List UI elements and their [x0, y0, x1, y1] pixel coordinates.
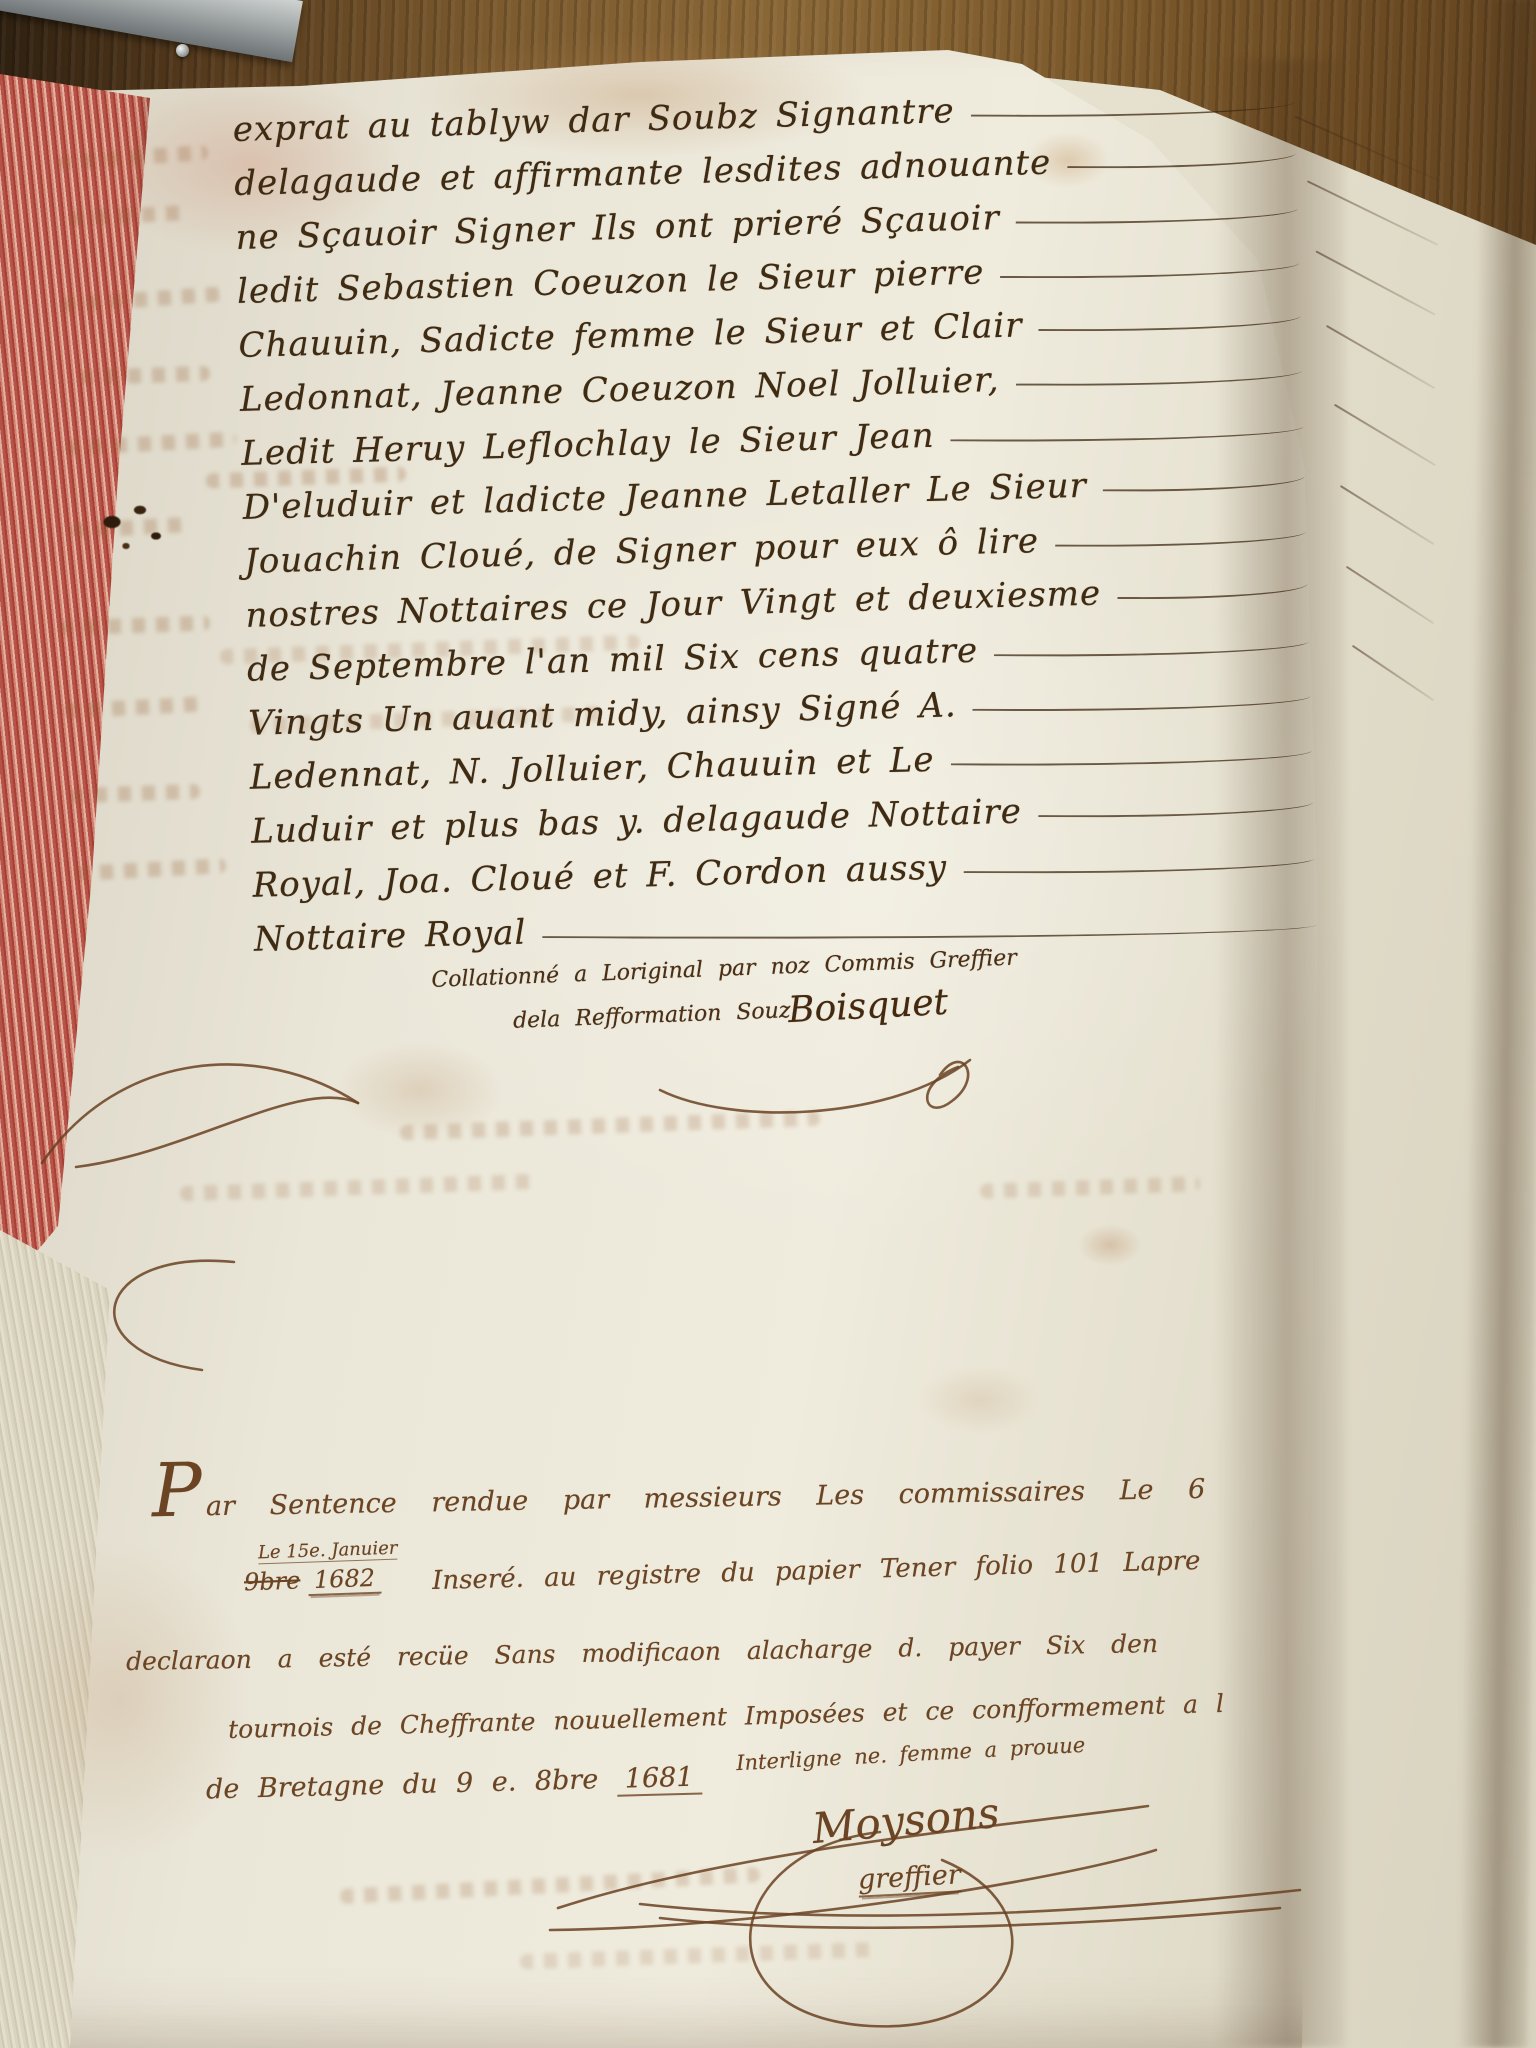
line-filler-stroke	[1000, 256, 1299, 279]
line-filler-stroke	[951, 743, 1312, 766]
line-filler-stroke	[973, 689, 1311, 712]
line-filler-stroke	[1016, 364, 1302, 387]
clasp-screw	[176, 44, 189, 57]
manuscript-line-text: Nottaire Royal	[254, 913, 527, 960]
line-filler-stroke	[1055, 525, 1306, 548]
line-filler-stroke	[1038, 795, 1313, 818]
year-1682: 1682	[307, 1564, 381, 1597]
ink-blot	[92, 496, 178, 562]
struck-month: 9bre	[244, 1566, 301, 1596]
line-filler-stroke	[1117, 577, 1307, 600]
line-filler-stroke	[951, 419, 1304, 442]
line-filler-stroke	[994, 634, 1309, 657]
line-filler-stroke	[1039, 309, 1301, 332]
boisquet-paraph-flourish	[640, 1020, 1020, 1130]
line-filler-stroke	[1103, 469, 1305, 492]
line-filler-stroke	[1067, 146, 1296, 169]
margin-flourish	[30, 1035, 370, 1185]
margin-date-note: 9bre 1682	[244, 1564, 382, 1597]
main-text-block: exprat au tablyw dar Soubz Signantre del…	[232, 68, 1316, 960]
margin-flourish	[52, 1240, 252, 1380]
line-filler-stroke	[971, 95, 1295, 118]
line-filler-stroke	[963, 851, 1314, 874]
bottom-paraph-flourish	[540, 1788, 1180, 2048]
manuscript-photo: exprat au tablyw dar Soubz Signantre del…	[0, 0, 1536, 2048]
line-filler-stroke	[1016, 202, 1298, 225]
